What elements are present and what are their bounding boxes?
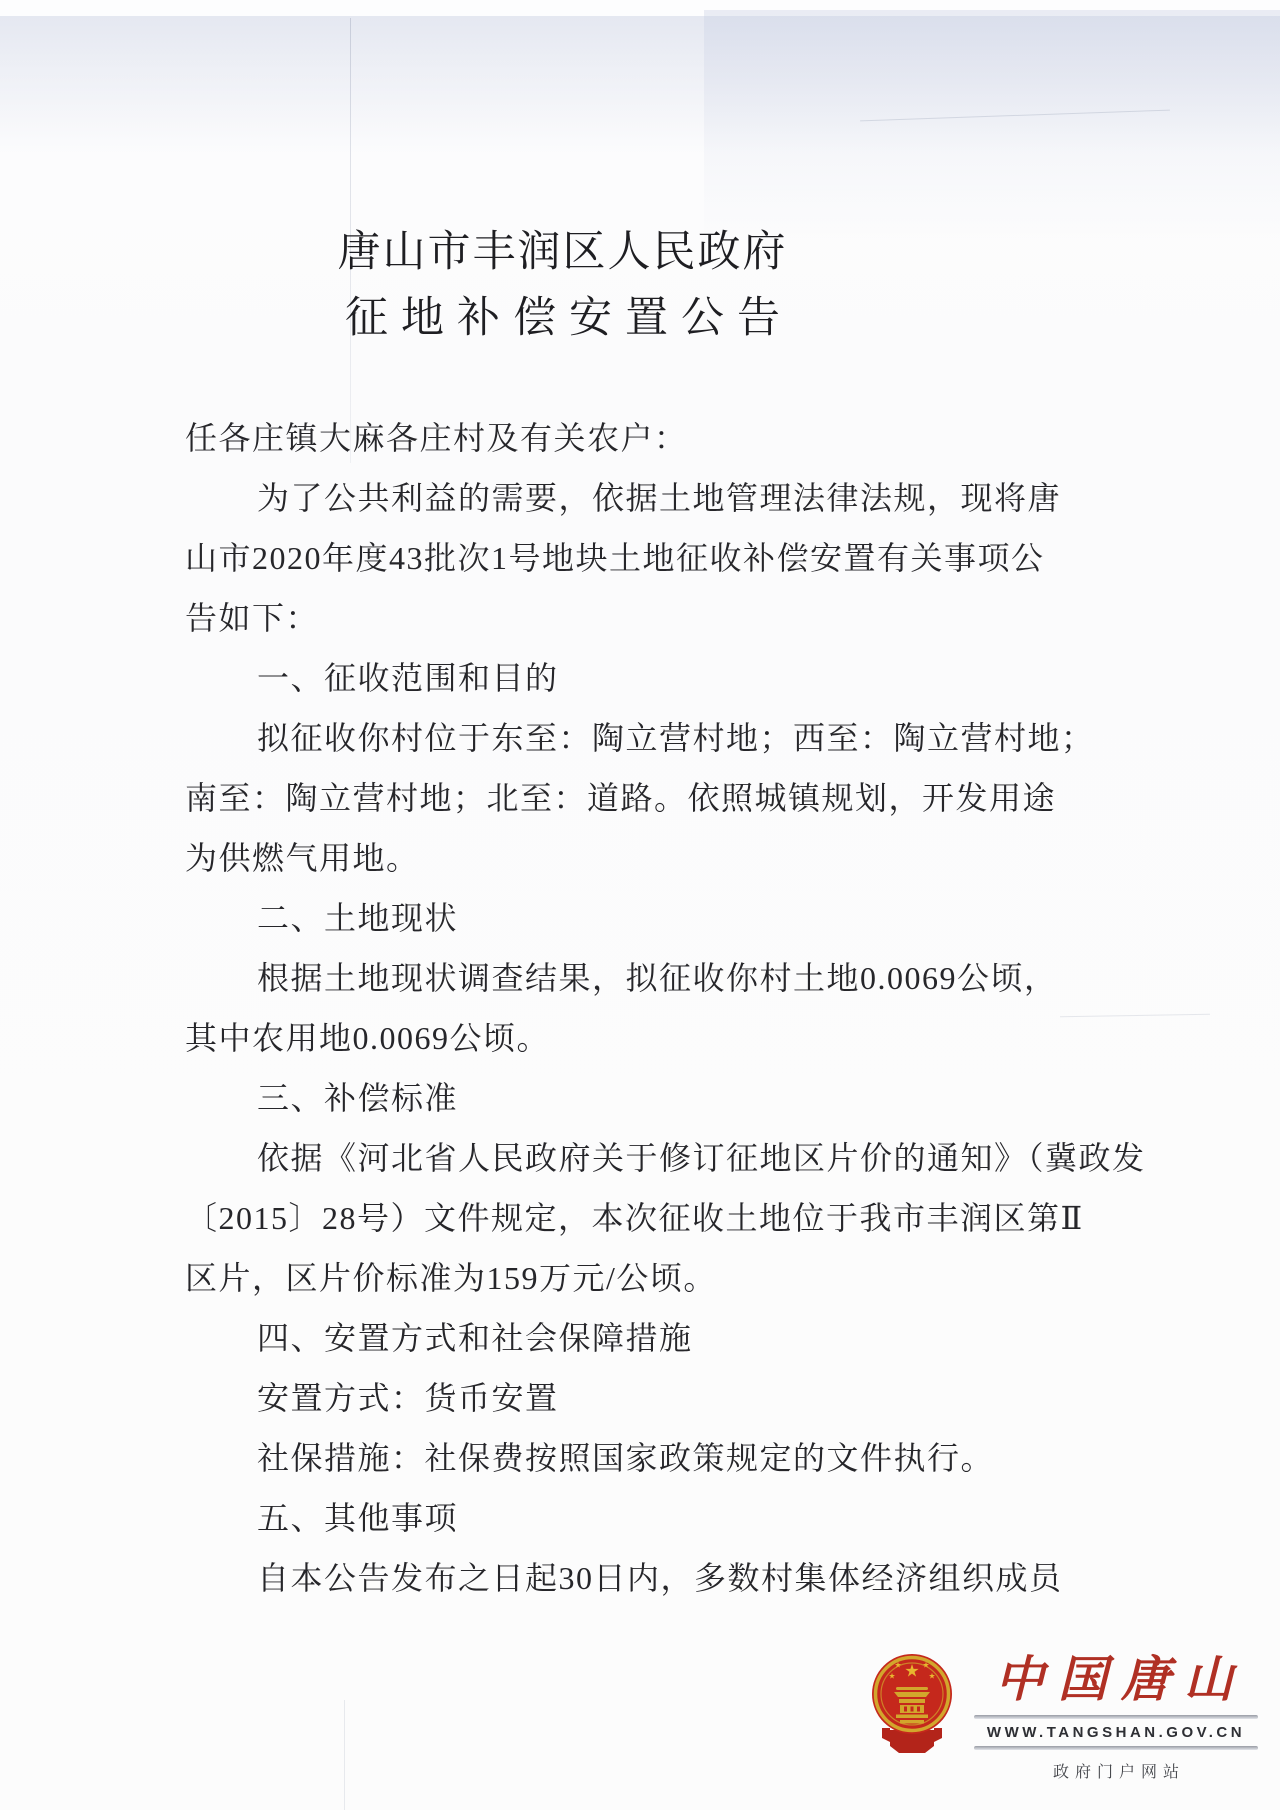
document-line: 南至：陶立营村地；北至：道路。依照城镇规划，开发用途: [185, 772, 943, 832]
document-line: 自本公告发布之日起30日内，多数村集体经济组织成员: [185, 1552, 943, 1612]
site-tagline: 政府门户网站: [972, 1759, 1260, 1782]
scanned-paper: 唐山市丰润区人民政府 征地补偿安置公告 任各庄镇大麻各庄村及有关农户：为了公共利…: [0, 0, 1280, 1810]
document-line: 依据《河北省人民政府关于修订征地区片价的通知》（冀政发: [185, 1132, 943, 1192]
site-brand-text: 中国唐山: [972, 1650, 1260, 1710]
document-line: 拟征收你村位于东至：陶立营村地；西至：陶立营村地；: [185, 712, 943, 772]
document-line: 安置方式：货币安置: [185, 1372, 943, 1432]
site-logo-text: 中国唐山 WWW.TANGSHAN.GOV.CN 政府门户网站: [972, 1650, 1260, 1782]
document-subtitle: 征地补偿安置公告: [185, 284, 940, 345]
scan-crease-horizontal: [860, 110, 1170, 122]
document-line: 三、补偿标准: [185, 1072, 943, 1132]
scan-crease-horizontal-lower: [1060, 1014, 1210, 1018]
scan-top-shadow: [0, 16, 1280, 156]
document-line: 为了公共利益的需要，依据土地管理法律法规，现将唐: [185, 472, 943, 532]
document-line: 社保措施：社保费按照国家政策规定的文件执行。: [185, 1432, 943, 1492]
document-line: 山市2020年度43批次1号地块土地征收补偿安置有关事项公: [185, 532, 943, 592]
document-body: 任各庄镇大麻各庄村及有关农户：为了公共利益的需要，依据土地管理法律法规，现将唐山…: [185, 412, 943, 1612]
document-line: 〔2015〕28号）文件规定，本次征收土地位于我市丰润区第Ⅱ: [185, 1192, 943, 1252]
logo-divider-top: [974, 1715, 1258, 1719]
site-url: WWW.TANGSHAN.GOV.CN: [972, 1724, 1260, 1741]
document-line: 任各庄镇大麻各庄村及有关农户：: [185, 412, 943, 472]
document-title: 唐山市丰润区人民政府: [185, 218, 940, 279]
document-line: 区片，区片价标准为159万元/公顷。: [185, 1252, 943, 1312]
document-line: 其中农用地0.0069公顷。: [185, 1012, 943, 1072]
national-emblem-icon: [868, 1650, 956, 1760]
logo-divider-bottom: [974, 1746, 1258, 1750]
document-line: 告如下：: [185, 592, 943, 652]
scan-top-shadow-right: [704, 10, 1280, 240]
scan-crease-vertical-lower: [344, 1700, 345, 1810]
site-logo: 中国唐山 WWW.TANGSHAN.GOV.CN 政府门户网站: [868, 1650, 1260, 1782]
document-line: 五、其他事项: [185, 1492, 943, 1552]
document-line: 根据土地现状调查结果，拟征收你村土地0.0069公顷，: [185, 952, 943, 1012]
document-line: 二、土地现状: [185, 892, 943, 952]
document-line: 四、安置方式和社会保障措施: [185, 1312, 943, 1372]
document-line: 一、征收范围和目的: [185, 652, 943, 712]
document-line: 为供燃气用地。: [185, 832, 943, 892]
